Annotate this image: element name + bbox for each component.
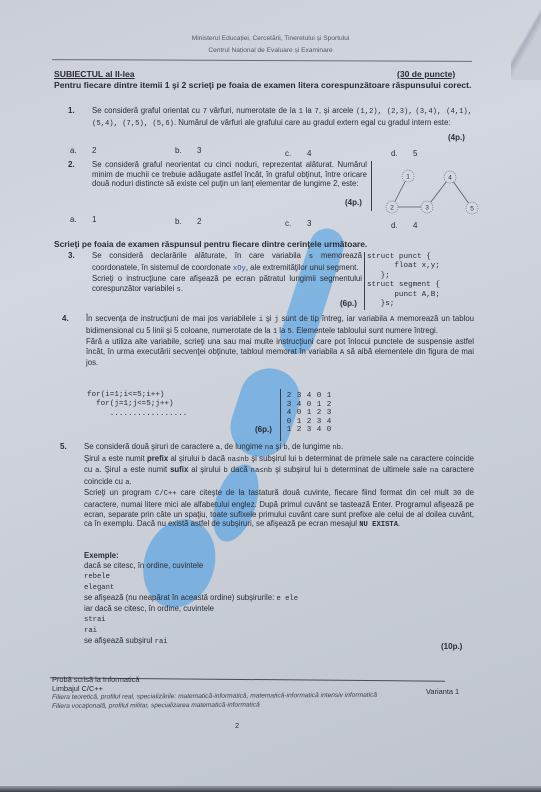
footer-language: Limbajul C/C++ xyxy=(52,684,103,693)
matrix-row: 23401 xyxy=(284,392,334,401)
question-1-option-a: a.2 xyxy=(70,146,96,155)
question-5-statement: Se consideră două şiruri de caractere a,… xyxy=(84,442,474,531)
matrix-row: 12340 xyxy=(284,426,334,435)
question-3-code: struct punct { float x,y; }; struct segm… xyxy=(367,253,440,309)
footer-track-vocational: Filiera vocaţională, profilul militar, s… xyxy=(52,702,260,711)
question-4-code: for(i=1;i<=5;i++) for(j=1;j<=5;j++) ....… xyxy=(87,391,187,419)
section-points: (30 de puncte) xyxy=(397,69,455,79)
question-3-text: Se consideră declarările alăturate, în c… xyxy=(92,251,362,295)
question-1-number: 1. xyxy=(68,106,75,115)
question-1-points: (4p.) xyxy=(448,133,465,142)
question-4-matrix: 2340134012401230123412340 xyxy=(284,392,334,435)
question-2-option-d: d.4 xyxy=(391,221,417,230)
footer-track-theoretical: Filiera teoretică, profilul real, specia… xyxy=(52,692,377,702)
question-3-divider xyxy=(364,252,365,310)
question-2-option-a: a.1 xyxy=(70,215,96,224)
question-2-divider xyxy=(371,161,372,211)
question-4-divider xyxy=(280,389,281,441)
question-4-number: 4. xyxy=(62,314,69,323)
question-1-option-c: c.4 xyxy=(285,149,311,158)
question-5-examples: Exemple: dacă se citesc, în ordine, cuvi… xyxy=(84,551,474,647)
section-title: SUBIECTUL al II-lea xyxy=(54,69,135,79)
center-name: Centrul Național de Evaluare și Examinar… xyxy=(0,45,541,57)
instructions-remaining: Scrieţi pe foaia de examen răspunsul pen… xyxy=(54,239,472,249)
matrix-row: 34012 xyxy=(284,401,334,410)
question-2-points: (4p.) xyxy=(345,198,362,207)
photo-edge xyxy=(0,786,541,792)
footer-variant: Varianta 1 xyxy=(426,687,459,696)
svg-text:3: 3 xyxy=(425,205,429,212)
question-2-option-c: c.3 xyxy=(285,219,311,228)
question-2-number: 2. xyxy=(68,160,75,169)
page-number: 2 xyxy=(235,721,239,730)
question-5-number: 5. xyxy=(60,442,67,451)
ministry-name: Ministerul Educației, Cercetării, Tinere… xyxy=(0,33,541,45)
svg-text:4: 4 xyxy=(448,175,452,182)
question-4-text: În secvenţa de instrucţiuni de mai jos v… xyxy=(86,314,474,368)
question-2-option-b: b.2 xyxy=(175,217,201,226)
question-1-option-d: d.5 xyxy=(391,149,417,158)
svg-text:5: 5 xyxy=(470,206,474,213)
question-2-text: Se consideră graful neorientat cu cinci … xyxy=(92,160,367,189)
footer-exam: Probă scrisă la Informatică xyxy=(52,675,140,684)
question-2-graph: 14 235 xyxy=(378,164,498,224)
question-5-points: (10p.) xyxy=(441,642,462,651)
question-4-points: (6p.) xyxy=(255,425,272,434)
matrix-row: 01234 xyxy=(284,418,334,427)
matrix-row: 40123 xyxy=(284,409,334,418)
question-3-number: 3. xyxy=(68,251,75,260)
instructions-items-1-2: Pentru fiecare dintre itemii 1 şi 2 scri… xyxy=(54,80,472,90)
question-1-text: Se consideră graful orientat cu 7 vârfur… xyxy=(92,106,472,129)
question-1-option-b: b.3 xyxy=(175,146,201,155)
svg-text:1: 1 xyxy=(406,174,410,181)
document-header: Ministerul Educației, Cercetării, Tinere… xyxy=(0,33,541,57)
header-divider xyxy=(52,59,472,62)
svg-text:2: 2 xyxy=(390,205,394,212)
question-3-points: (6p.) xyxy=(340,299,357,308)
